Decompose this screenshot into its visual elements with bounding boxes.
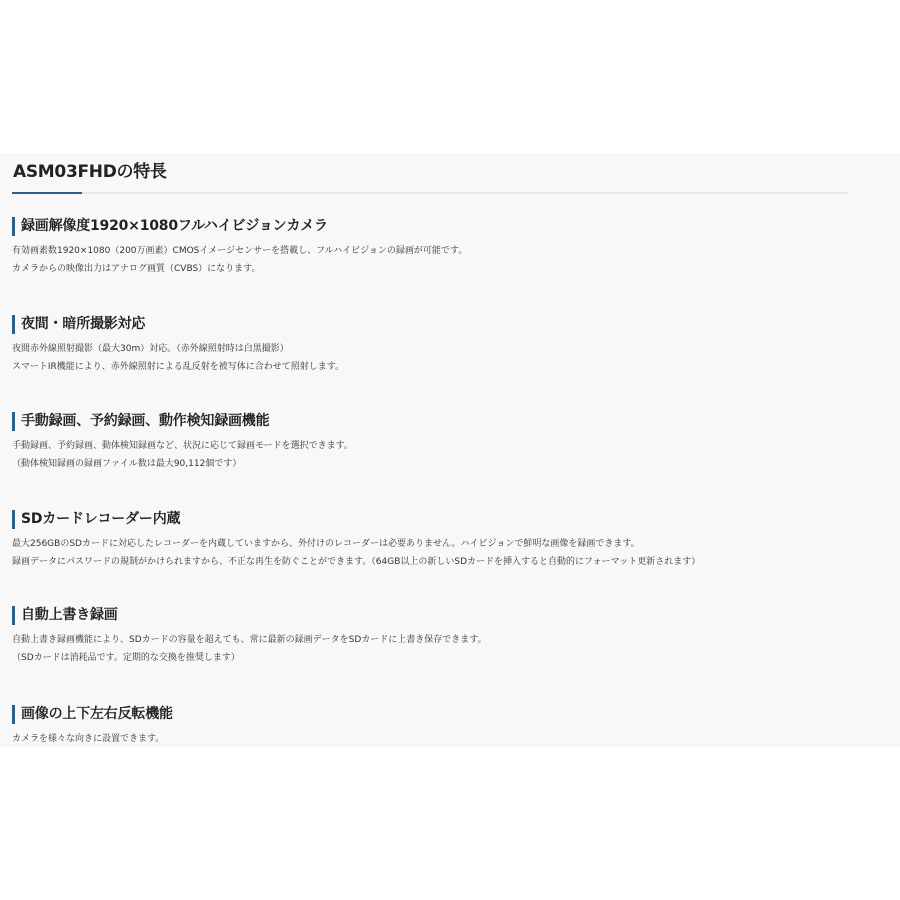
title-divider xyxy=(12,192,848,194)
section-text: カメラを様々な向きに設置できます。 xyxy=(12,730,892,748)
section-text: 録画データにパスワードの規制がかけられますから、不正な再生を防ぐことができます。… xyxy=(12,553,892,571)
section-body: 自動上書き録画機能により、SDカードの容量を超えても、常に最新の録画データをSD… xyxy=(12,631,892,667)
section-body: 夜間赤外線照射撮影（最大30m）対応。（赤外線照射時は白黒撮影） スマートIR機… xyxy=(12,340,892,376)
section-body: 有効画素数1920×1080（200万画素）CMOSイメージセンサーを搭載し、フ… xyxy=(12,242,892,278)
section-heading: 夜間・暗所撮影対応 xyxy=(12,315,892,334)
section-heading: 自動上書き録画 xyxy=(12,606,892,625)
section-text: （SDカードは消耗品です。定期的な交換を推奨します） xyxy=(12,649,892,667)
section-text: （動体検知録画の録画ファイル数は最大90,112個です） xyxy=(12,455,892,473)
section-heading: 手動録画、予約録画、動作検知録画機能 xyxy=(12,412,892,431)
section-heading: 画像の上下左右反転機能 xyxy=(12,705,892,724)
feature-section-auto-overwrite: 自動上書き録画 自動上書き録画機能により、SDカードの容量を超えても、常に最新の… xyxy=(12,606,892,667)
section-text: 手動録画、予約録画、動体検知録画など、状況に応じて録画モードを選択できます。 xyxy=(12,437,892,455)
section-heading: SDカードレコーダー内蔵 xyxy=(12,510,892,529)
section-text: 有効画素数1920×1080（200万画素）CMOSイメージセンサーを搭載し、フ… xyxy=(12,242,892,260)
section-text: カメラからの映像出力はアナログ画質（CVBS）になります。 xyxy=(12,260,892,278)
section-body: 最大256GBのSDカードに対応したレコーダーを内蔵していますから、外付けのレコ… xyxy=(12,535,892,571)
features-panel: ASM03FHDの特長 録画解像度1920×1080フルハイビジョンカメラ 有効… xyxy=(0,153,900,747)
section-heading: 録画解像度1920×1080フルハイビジョンカメラ xyxy=(12,217,892,236)
section-body: 手動録画、予約録画、動体検知録画など、状況に応じて録画モードを選択できます。 （… xyxy=(12,437,892,473)
feature-section-recording-modes: 手動録画、予約録画、動作検知録画機能 手動録画、予約録画、動体検知録画など、状況… xyxy=(12,412,892,473)
section-text: 自動上書き録画機能により、SDカードの容量を超えても、常に最新の録画データをSD… xyxy=(12,631,892,649)
feature-section-night-vision: 夜間・暗所撮影対応 夜間赤外線照射撮影（最大30m）対応。（赤外線照射時は白黒撮… xyxy=(12,315,892,376)
section-text: スマートIR機能により、赤外線照射による乱反射を被写体に合わせて照射します。 xyxy=(12,358,892,376)
feature-section-sd-recorder: SDカードレコーダー内蔵 最大256GBのSDカードに対応したレコーダーを内蔵し… xyxy=(12,510,892,571)
page-title: ASM03FHDの特長 xyxy=(13,161,167,183)
title-divider-accent xyxy=(12,192,82,194)
feature-section-resolution: 録画解像度1920×1080フルハイビジョンカメラ 有効画素数1920×1080… xyxy=(12,217,892,278)
section-text: 最大256GBのSDカードに対応したレコーダーを内蔵していますから、外付けのレコ… xyxy=(12,535,892,553)
feature-section-image-flip: 画像の上下左右反転機能 カメラを様々な向きに設置できます。 xyxy=(12,705,892,748)
section-text: 夜間赤外線照射撮影（最大30m）対応。（赤外線照射時は白黒撮影） xyxy=(12,340,892,358)
section-body: カメラを様々な向きに設置できます。 xyxy=(12,730,892,748)
